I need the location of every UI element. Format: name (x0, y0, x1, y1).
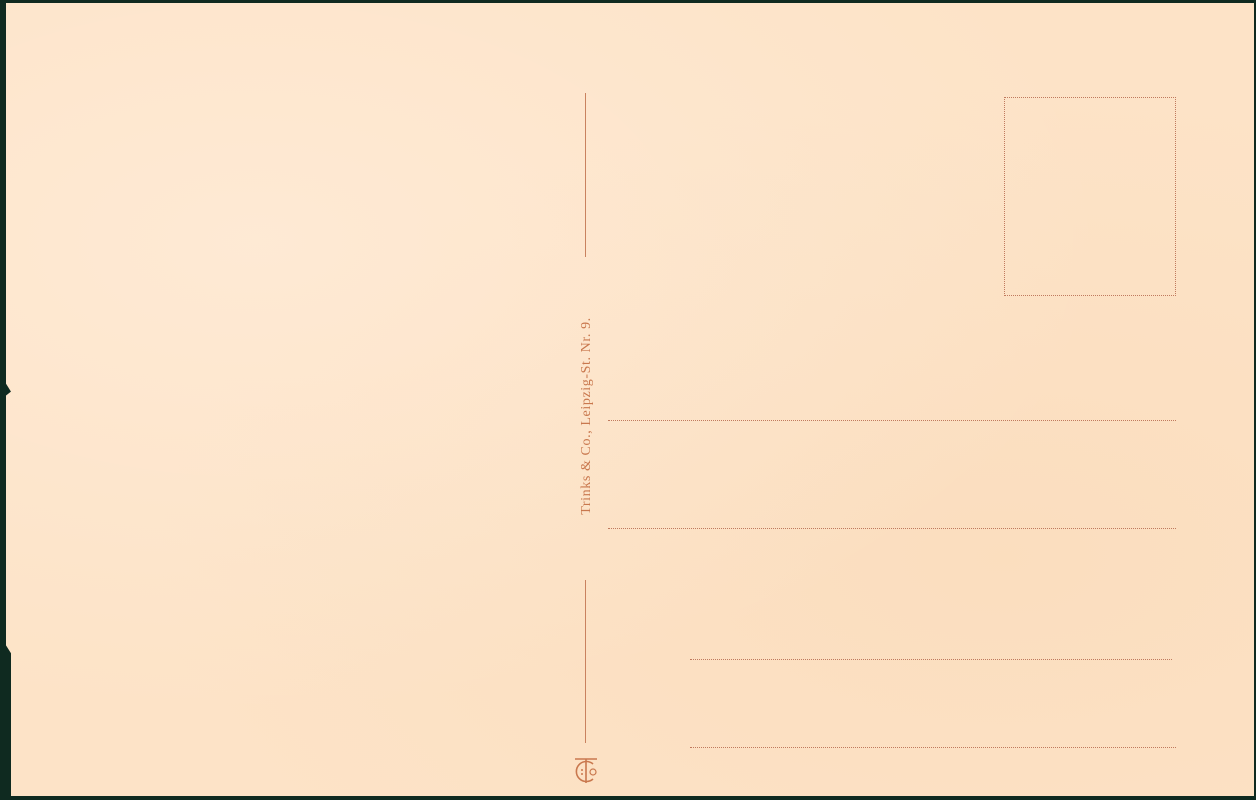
address-line-3 (690, 659, 1172, 660)
address-line-4 (690, 747, 1176, 748)
publisher-imprint-text: Trinks & Co., Leipzig-St. Nr. 9. (579, 317, 595, 515)
stamp-placeholder-box (1004, 97, 1176, 296)
publisher-imprint: Trinks & Co., Leipzig-St. Nr. 9. (577, 270, 597, 562)
address-line-2 (608, 528, 1176, 529)
address-line-1 (608, 420, 1176, 421)
tc-monogram-logo-icon (569, 752, 603, 786)
divider-line-bottom (585, 580, 586, 743)
divider-line-top (585, 93, 586, 257)
